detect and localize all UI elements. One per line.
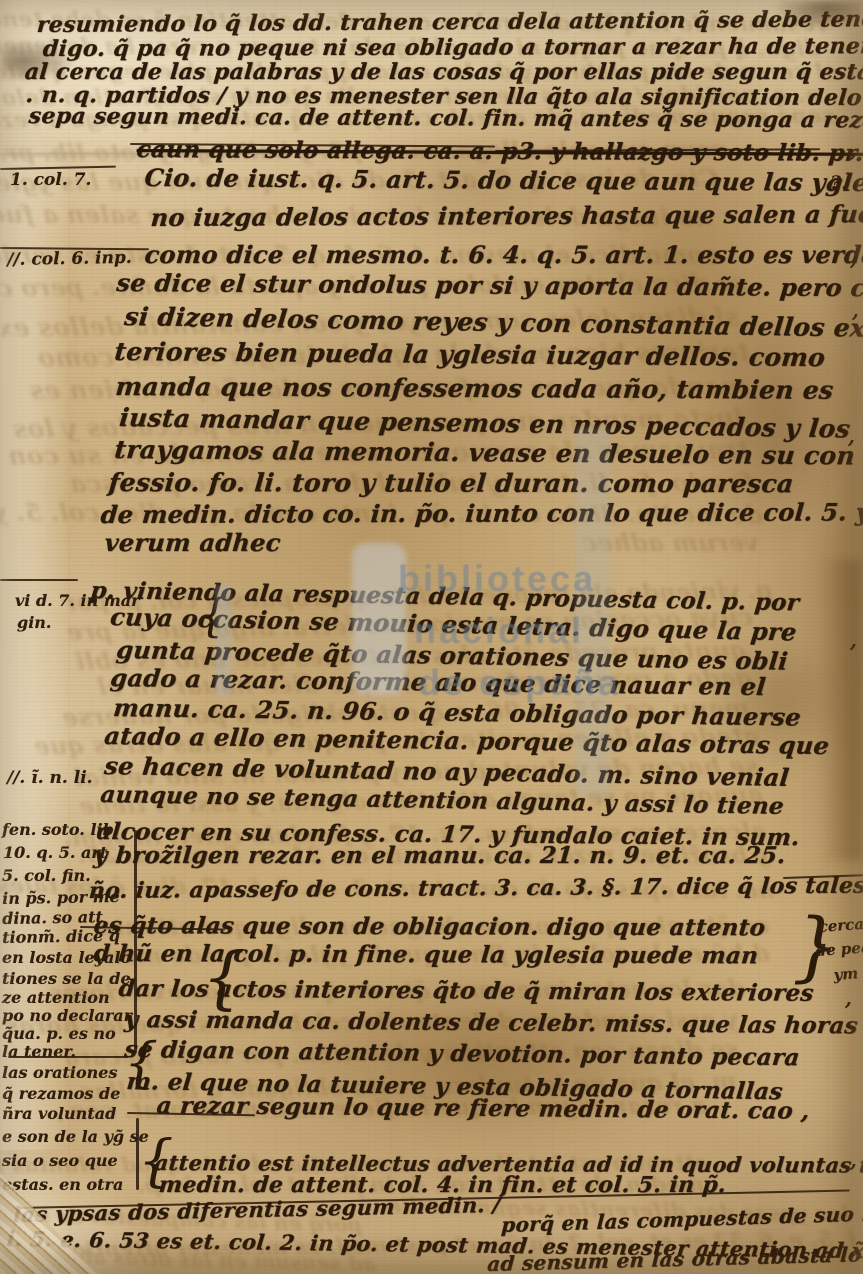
edge-mark: , — [848, 424, 855, 448]
edge-mark: , — [850, 138, 857, 162]
edge-mark: , — [845, 986, 852, 1010]
edge-mark: , — [850, 628, 857, 652]
edge-mark: ?. — [830, 172, 848, 194]
edge-mark: , — [848, 50, 856, 76]
edge-mark: , — [850, 1148, 857, 1172]
edge-mark: , — [852, 298, 859, 322]
manuscript-scan: resumiendo lo q̃ los dd. trahen cerca de… — [0, 0, 863, 1274]
edge-mark: , — [850, 246, 857, 270]
edge-marks-layer: ,,?.,,,,,, — [0, 0, 863, 1274]
